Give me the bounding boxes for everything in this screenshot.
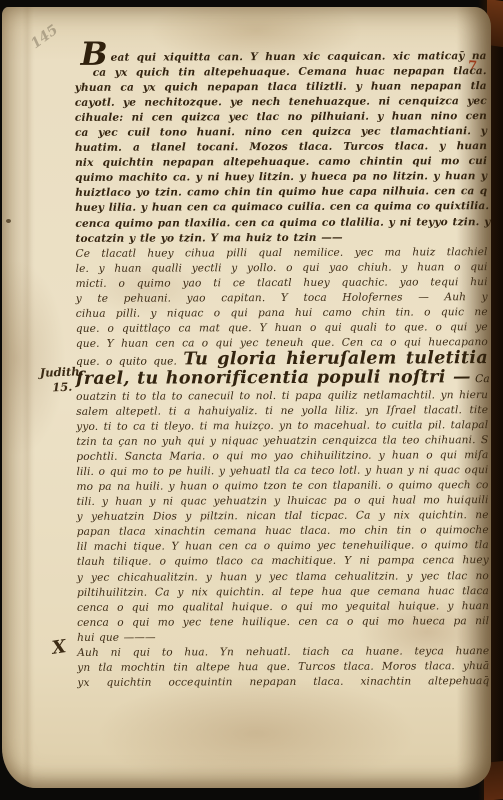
manuscript-line: piltihuilitzin. Ca y nix quichtin. al te…: [77, 584, 489, 601]
manuscript-line: cihua pilli. y niquac o qui pana hui cam…: [76, 305, 488, 322]
manuscript-line: ouatzin ti to tla to canecuil to nol. ti…: [76, 388, 488, 405]
line-text: lil machi tique. Y huan cen ca o quimo y…: [77, 540, 489, 554]
line-prefix: que. o quito que.: [76, 355, 183, 367]
manuscript-line: huiztlaco yo tzin. camo chin tin quimo h…: [75, 185, 487, 202]
manuscript-line: quimo machito ca. y ni huey litzin. y hu…: [75, 169, 487, 186]
manuscript-line: yhuan ca yx quich nepapan tlaca tiliztli…: [75, 79, 487, 96]
line-text: cihua pilli. y niquac o qui pana hui cam…: [76, 306, 488, 320]
line-text: que. o quittlaço ca mat que. Y huan o qu…: [76, 321, 488, 335]
ink-speck: [6, 219, 11, 223]
line-text: huey lilia. y huan cen ca quimaco cuilia…: [75, 201, 489, 215]
line-suffix: Ca te: [471, 373, 491, 385]
manuscript-line: salem altepetl. ti a hahuiyaliz. ti ne y…: [76, 403, 488, 420]
manuscript-line: hui que ———: [77, 629, 489, 646]
line-text: yhuan ca yx quich nepapan tlaca tiliztli…: [75, 80, 487, 94]
line-text: y yec chicahualitzin. y huan y yec tlama…: [77, 570, 489, 584]
line-text: ca yx quich tin altepehuaque. Cemana hua…: [93, 65, 487, 79]
manuscript-line: ca yec cuil tono huani. nino cen quizca …: [75, 124, 487, 141]
manuscript-line: Ce tlacatl huey cihua pilli qual nemilic…: [75, 245, 487, 262]
line-text: quimo machito ca. y ni huey litzin. y hu…: [75, 170, 487, 184]
line-text: le. y huan qualli yectli y yollo. o qui …: [76, 261, 488, 275]
line-text: hui que ———: [77, 631, 156, 643]
line-text: piltihuilitzin. Ca y nix quichtin. al te…: [77, 585, 489, 599]
line-text: huatim. a tlanel tocani. Mozos tlaca. Tu…: [75, 140, 487, 154]
manuscript-line: cenca quimo pan tlaxilia. cen ca quima c…: [75, 215, 487, 232]
manuscript-line: tocatzin y tle yo tzin. Y ma huiz to tzi…: [75, 230, 487, 247]
manuscript-line: lil machi tique. Y huan cen ca o quimo y…: [77, 539, 489, 556]
manuscript-line: y yec chicahualitzin. y huan y yec tlama…: [77, 569, 489, 586]
manuscript-line: huatim. a tlanel tocani. Mozos tlaca. Tu…: [75, 139, 487, 156]
line-text: micti. o quimo yao ti ce tlacatl huey qu…: [76, 276, 488, 290]
manuscript-line: tili. y huan y ni quac yehuatzin y lhuic…: [77, 493, 489, 510]
manuscript-line: cenca o qui mo qualital huique. o qui mo…: [77, 599, 489, 616]
line-text: cihuale: ni cen quizca yec tlac no pilhu…: [75, 110, 487, 124]
line-text: cenca quimo pan tlaxilia. cen ca quima c…: [75, 216, 490, 230]
manuscript-line: tlauh tilique. o quimo tlaco ca machitiq…: [77, 554, 489, 571]
manuscript-line: Auh ni qui to hua. Yn nehuatl. tiach ca …: [77, 644, 489, 661]
manuscript-line: cihuale: ni cen quizca yec tlac no pilhu…: [75, 109, 487, 126]
line-text: yyo. ti to ca ti tleyo. ti ma huizço. yn…: [76, 419, 488, 433]
line-text: tili. y huan y ni quac yehuatzin y lhuic…: [77, 494, 489, 508]
drop-cap: B: [81, 47, 108, 62]
line-text: Auh ni qui to hua. Yn nehuatl. tiach ca …: [77, 645, 489, 659]
line-text: y te pehuani. yao capitan. Y toca Holofe…: [76, 291, 488, 305]
line-text: eat qui xiquitta can. Y huan xic caquica…: [111, 50, 487, 64]
line-text: tlauh tilique. o quimo tlaco ca machitiq…: [77, 555, 489, 569]
line-text: lili. o qui mo to pe huili. y yehuatl tl…: [76, 464, 488, 478]
manuscript-line: nix quichtin nepapan altepehuaque. camo …: [75, 154, 487, 171]
manuscript-line: huey lilia. y huan cen ca quimaco cuilia…: [75, 200, 487, 217]
manuscript-line: ca yx quich tin altepehuaque. Cemana hua…: [75, 64, 487, 81]
manuscript-photo: 145 7 Judith. 15. X Beat qui xiquitta ca…: [0, 0, 503, 800]
manuscript-line: yyo. ti to ca ti tleyo. ti ma huizço. yn…: [76, 418, 488, 435]
line-text: huiztlaco yo tzin. camo chin tin quimo h…: [75, 186, 487, 200]
line-text: yx quichtin occequintin nepapan tlaca. x…: [77, 675, 489, 689]
line-text: cayotl. ye nechitozque. ye nech tenehuaz…: [75, 95, 487, 109]
manuscript-line: mo pa na huili. y huan o quimo tzon te c…: [76, 478, 488, 495]
manuscript-line: le. y huan qualli yectli y yollo. o qui …: [76, 260, 488, 277]
manuscript-line: y te pehuani. yao capitan. Y toca Holofe…: [76, 290, 488, 307]
line-text: tocatzin y tle yo tzin. Y ma huiz to tzi…: [75, 231, 342, 244]
line-text: y yehuatzin Dios y piltzin. nican tlal t…: [77, 509, 489, 523]
line-text: mo pa na huili. y huan o quimo tzon te c…: [76, 479, 488, 493]
manuscript-line: pochtli. Sancta Maria. o qui mo yao chih…: [76, 448, 488, 465]
line-text: ca yec cuil tono huani. nino cen quizca …: [75, 125, 487, 139]
margin-paragraph-mark: X: [51, 636, 68, 659]
latin-display-text: ſrael, tu honorificentia populi noſtri —: [76, 367, 471, 389]
line-text: papan tlaca xinachtin cemana huac tlaca.…: [77, 524, 489, 538]
line-text: pochtli. Sancta Maria. o qui mo yao chih…: [76, 449, 488, 463]
leaf-edge-shading: [22, 7, 34, 788]
parchment-page: 145 7 Judith. 15. X Beat qui xiquitta ca…: [2, 7, 491, 788]
line-text: Ce tlacatl huey cihua pilli qual nemilic…: [75, 246, 487, 260]
line-text: cenca o qui mo yec tene huilique. cen ca…: [77, 615, 489, 629]
line-text: yn tla mochtin tin altepe hua que. Turco…: [77, 660, 489, 674]
manuscript-line: y yehuatzin Dios y piltzin. nican tlal t…: [77, 508, 489, 525]
line-text: salem altepetl. ti a hahuiyaliz. ti ne y…: [76, 404, 488, 418]
line-text: cenca o qui mo qualital huique. o qui mo…: [77, 600, 489, 614]
manuscript-line: yn tla mochtin tin altepe hua que. Turco…: [77, 659, 489, 676]
line-text: tzin ta çan no yuh qui y niquac yehuatzi…: [76, 434, 488, 448]
latin-display-text: Tu gloria hieruſalem tuletitia: [183, 348, 488, 369]
manuscript-text-block: Beat qui xiquitta can. Y huan xic caquic…: [75, 49, 490, 691]
manuscript-line: ſrael, tu honorificentia populi noſtri —…: [76, 369, 488, 390]
manuscript-line: que. o quittlaço ca mat que. Y huan o qu…: [76, 320, 488, 337]
manuscript-line: tzin ta çan no yuh qui y niquac yehuatzi…: [76, 433, 488, 450]
manuscript-line: lili. o qui mo to pe huili. y yehuatl tl…: [76, 463, 488, 480]
line-text: ouatzin ti to tla to canecuil to nol. ti…: [76, 389, 488, 403]
manuscript-line: papan tlaca xinachtin cemana huac tlaca.…: [77, 523, 489, 540]
manuscript-line: cenca o qui mo yec tene huilique. cen ca…: [77, 614, 489, 631]
manuscript-line: cayotl. ye nechitozque. ye nech tenehuaz…: [75, 94, 487, 111]
manuscript-line: yx quichtin occequintin nepapan tlaca. x…: [77, 674, 489, 691]
line-text: nix quichtin nepapan altepehuaque. camo …: [75, 155, 487, 169]
manuscript-line: micti. o quimo yao ti ce tlacatl huey qu…: [76, 275, 488, 292]
